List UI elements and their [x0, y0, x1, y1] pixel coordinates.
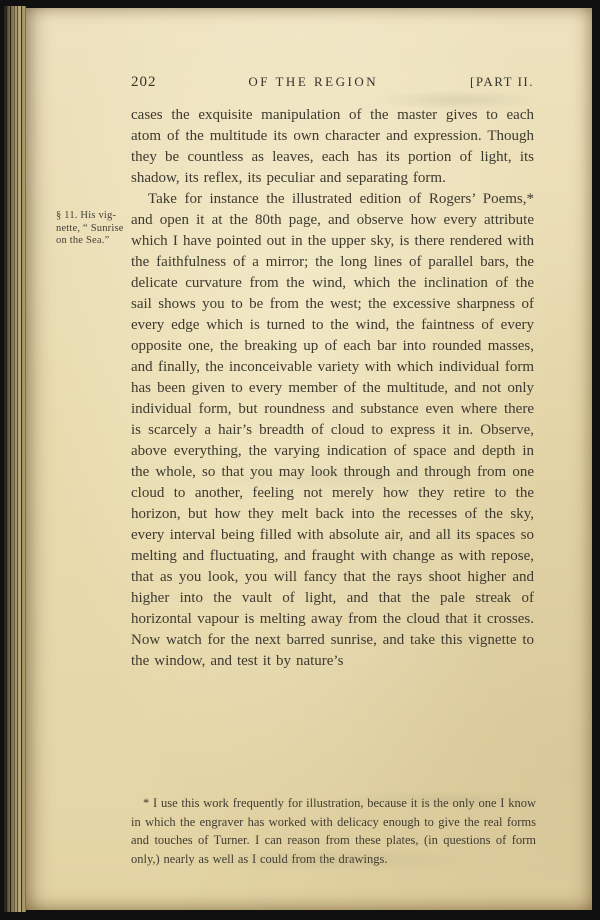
page: § 11. His vig- nette, “ Sunrise on the S… — [26, 8, 592, 910]
footnote: * I use this work frequently for illustr… — [131, 794, 536, 868]
running-title: OF THE REGION — [157, 74, 470, 90]
margin-note-line: nette, “ Sunrise — [56, 223, 136, 236]
page-number: 202 — [131, 74, 157, 91]
part-label: [PART II. — [470, 74, 534, 90]
text-column: 202 OF THE REGION [PART II. cases the ex… — [131, 74, 534, 672]
margin-note-line: § 11. His vig- — [56, 210, 136, 223]
paragraph-section-11: Take for instance the illustrated editio… — [131, 189, 534, 672]
running-head: 202 OF THE REGION [PART II. — [131, 74, 534, 92]
body-text: cases the exquisite manipulation of the … — [131, 105, 534, 672]
book-page-scan: § 11. His vig- nette, “ Sunrise on the S… — [0, 0, 600, 920]
margin-note: § 11. His vig- nette, “ Sunrise on the S… — [56, 210, 136, 248]
paragraph-continuation: cases the exquisite manipulation of the … — [131, 105, 534, 189]
margin-note-line: on the Sea.” — [56, 235, 136, 248]
page-edge-strip — [4, 6, 26, 912]
